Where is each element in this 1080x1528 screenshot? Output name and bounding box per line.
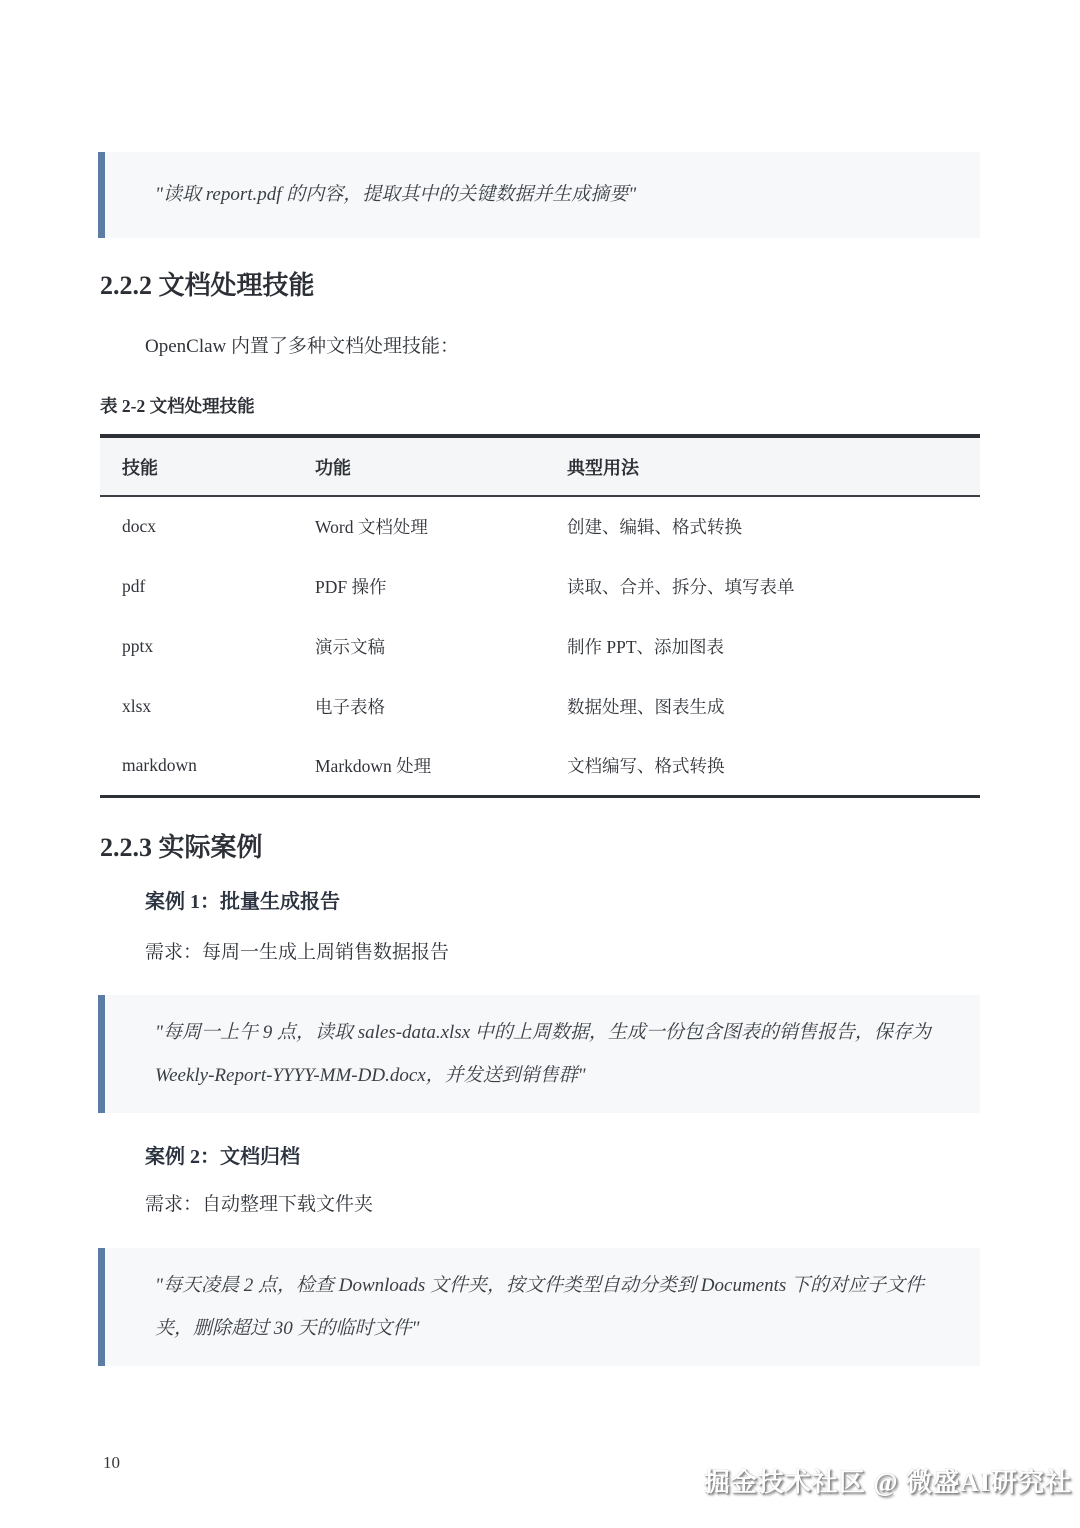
case2-title: 案例 2：文档归档 bbox=[145, 1143, 1080, 1171]
skills-table: 技能 功能 典型用法 docx Word 文档处理 创建、编辑、格式转换 pdf… bbox=[100, 434, 980, 798]
watermark-text: 掘金技术社区 @ 微盛AI研究社 bbox=[704, 1462, 1072, 1499]
cell-skill: markdown bbox=[100, 736, 293, 796]
table-row: markdown Markdown 处理 文档编写、格式转换 bbox=[100, 736, 980, 796]
quote-block-3: "每天凌晨 2 点，检查 Downloads 文件夹，按文件类型自动分类到 Do… bbox=[98, 1248, 980, 1366]
table-row: xlsx 电子表格 数据处理、图表生成 bbox=[100, 676, 980, 736]
case1-title: 案例 1：批量生成报告 bbox=[145, 888, 1080, 916]
quote-text: "读取 report.pdf 的内容，提取其中的关键数据并生成摘要" bbox=[155, 181, 636, 209]
cell-function: 电子表格 bbox=[293, 676, 545, 736]
case1-need: 需求：每周一生成上周销售数据报告 bbox=[145, 939, 1080, 966]
cell-function: Markdown 处理 bbox=[293, 736, 545, 796]
cell-function: 演示文稿 bbox=[293, 616, 545, 676]
cell-function: PDF 操作 bbox=[293, 556, 545, 616]
cell-usage: 创建、编辑、格式转换 bbox=[545, 496, 980, 556]
cell-skill: pdf bbox=[100, 556, 293, 616]
table-caption: 表 2-2 文档处理技能 bbox=[100, 394, 1080, 419]
table-row: pptx 演示文稿 制作 PPT、添加图表 bbox=[100, 616, 980, 676]
quote-text: "每天凌晨 2 点，检查 Downloads 文件夹，按文件类型自动分类到 Do… bbox=[155, 1264, 935, 1350]
table-header-row: 技能 功能 典型用法 bbox=[100, 436, 980, 496]
case2-need: 需求：自动整理下载文件夹 bbox=[145, 1191, 1080, 1218]
document-page: "读取 report.pdf 的内容，提取其中的关键数据并生成摘要" 2.2.2… bbox=[0, 0, 1080, 1528]
cell-function: Word 文档处理 bbox=[293, 496, 545, 556]
column-header-function: 功能 bbox=[293, 436, 545, 496]
quote-block-1: "读取 report.pdf 的内容，提取其中的关键数据并生成摘要" bbox=[98, 152, 980, 238]
cell-skill: docx bbox=[100, 496, 293, 556]
section-intro-paragraph: OpenClaw 内置了多种文档处理技能： bbox=[145, 333, 1080, 360]
quote-text: "每周一上午 9 点，读取 sales-data.xlsx 中的上周数据，生成一… bbox=[155, 1011, 935, 1097]
quote-block-2: "每周一上午 9 点，读取 sales-data.xlsx 中的上周数据，生成一… bbox=[98, 995, 980, 1113]
column-header-skill: 技能 bbox=[100, 436, 293, 496]
column-header-usage: 典型用法 bbox=[545, 436, 980, 496]
cell-skill: pptx bbox=[100, 616, 293, 676]
cell-usage: 制作 PPT、添加图表 bbox=[545, 616, 980, 676]
cell-usage: 读取、合并、拆分、填写表单 bbox=[545, 556, 980, 616]
page-number: 10 bbox=[103, 1452, 120, 1474]
table-row: docx Word 文档处理 创建、编辑、格式转换 bbox=[100, 496, 980, 556]
section-heading-2-2-2: 2.2.2 文档处理技能 bbox=[100, 268, 1080, 304]
cell-skill: xlsx bbox=[100, 676, 293, 736]
cell-usage: 文档编写、格式转换 bbox=[545, 736, 980, 796]
table-row: pdf PDF 操作 读取、合并、拆分、填写表单 bbox=[100, 556, 980, 616]
cell-usage: 数据处理、图表生成 bbox=[545, 676, 980, 736]
section-heading-2-2-3: 2.2.3 实际案例 bbox=[100, 830, 1080, 866]
